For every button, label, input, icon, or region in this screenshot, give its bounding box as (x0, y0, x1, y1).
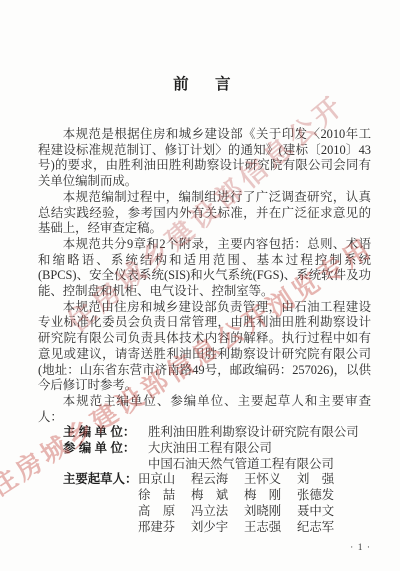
paragraph-process: 本规范编制过程中，编制组进行了广泛调查研究，认真总结实践经验，参考国内外有关标准… (38, 190, 371, 237)
chief-editor-label: 主 编 单 位： (63, 425, 148, 441)
drafter-name: 梅 斌 (191, 488, 230, 504)
participant-value-1: 大庆油田工程有限公司 (148, 441, 272, 457)
drafter-name: 徐 喆 (138, 488, 177, 504)
drafter-name: 程云海 (191, 472, 230, 488)
chief-editor-row: 主 编 单 位： 胜利油田胜利勘察设计研究院有限公司 (38, 425, 371, 441)
drafter-name: 聂中文 (297, 504, 336, 520)
drafter-name: 王志强 (244, 520, 283, 536)
participant-value-2: 中国石油天然气管道工程有限公司 (148, 457, 334, 473)
drafter-name: 冯立法 (191, 504, 230, 520)
drafter-name: 高 原 (138, 504, 177, 520)
drafter-name: 纪志军 (297, 520, 336, 536)
paragraph-units-intro: 本规范主编单位、参编单位、主要起草人和主要审查人： (38, 394, 371, 425)
participant-row-continued: 中国石油天然气管道工程有限公司 (38, 457, 371, 473)
drafter-name: 刘 强 (297, 472, 336, 488)
paragraph-management: 本规范由住房和城乡建设部负责管理，由石油工程建设专业标准化委员会负责日常管理，由… (38, 300, 371, 394)
drafter-name: 邢建芬 (138, 520, 177, 536)
drafter-name: 刘晓刚 (244, 504, 283, 520)
drafters-label: 主要起草人： (63, 472, 138, 488)
drafters-name-grid: 田京山 程云海 王怀义 刘 强 徐 喆 梅 斌 梅 刚 张德发 高 原 冯立法 … (138, 472, 336, 535)
drafter-name: 张德发 (297, 488, 336, 504)
paragraph-basis: 本规范是根据住房和城乡建设部《关于印发〈2010年工程建设标准规范制订、修订计划… (38, 127, 371, 190)
paragraph-contents: 本规范共分9章和2个附录，主要内容包括：总则、术语和缩略语、系统结构和适用范围、… (38, 237, 371, 300)
chief-editor-value: 胜利油田胜利勘察设计研究院有限公司 (148, 425, 359, 441)
participant-row: 参 编 单 位： 大庆油田工程有限公司 (38, 441, 371, 457)
drafter-name: 田京山 (138, 472, 177, 488)
document-page: 前 言 本规范是根据住房和城乡建设部《关于印发〈2010年工程建设标准规范制订、… (0, 0, 400, 571)
drafter-name: 梅 刚 (244, 488, 283, 504)
drafters-row: 主要起草人： 田京山 程云海 王怀义 刘 强 徐 喆 梅 斌 梅 刚 张德发 高… (38, 472, 371, 535)
drafter-name: 王怀义 (244, 472, 283, 488)
page-content: 前 言 本规范是根据住房和城乡建设部《关于印发〈2010年工程建设标准规范制订、… (38, 0, 371, 557)
page-number: · 1 · (38, 541, 371, 557)
page-title: 前 言 (38, 76, 371, 93)
participant-label: 参 编 单 位： (63, 441, 148, 457)
drafter-name: 刘少宇 (191, 520, 230, 536)
